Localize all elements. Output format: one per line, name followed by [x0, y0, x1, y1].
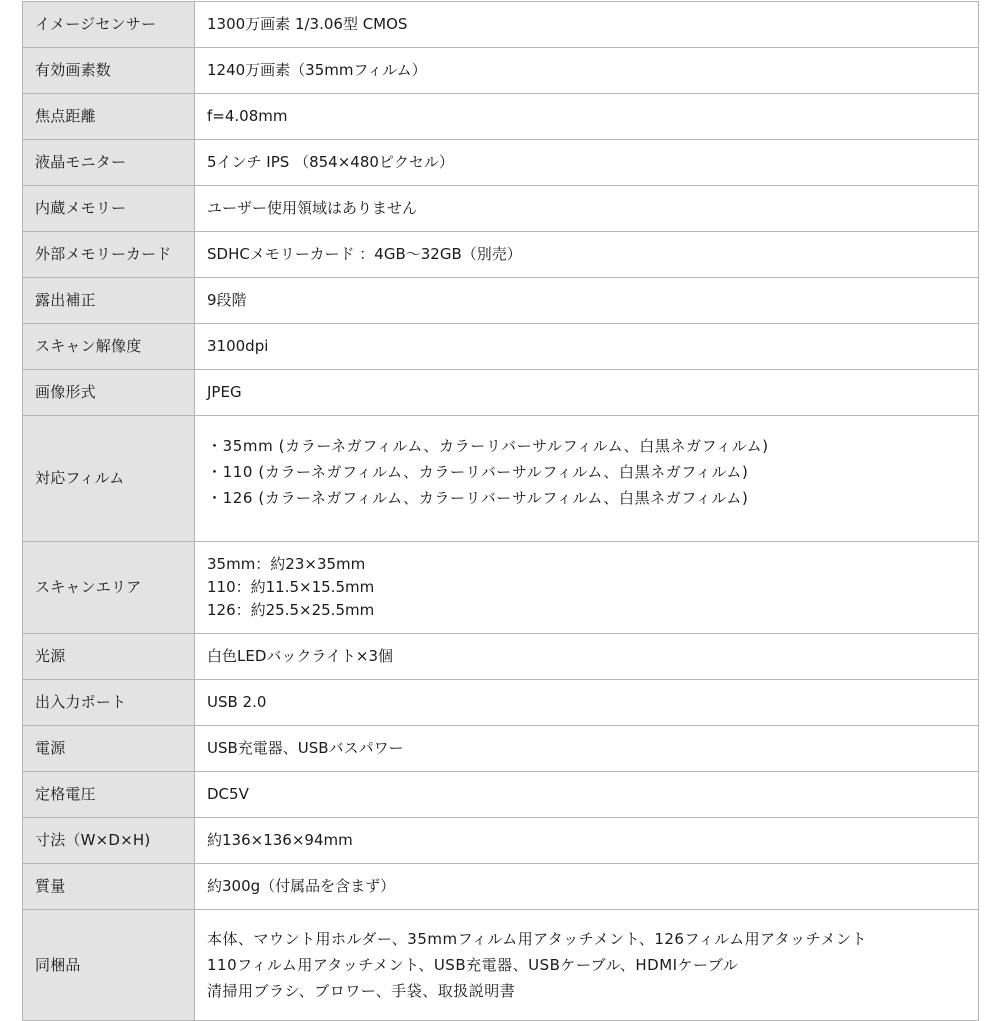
spec-value: 約136×136×94mm — [195, 818, 979, 864]
spec-label: 露出補正 — [23, 278, 195, 324]
spec-value: ・35mm (カラーネガフィルム、カラーリバーサルフィルム、白黒ネガフィルム) … — [195, 416, 979, 542]
spec-row-power-source: 電源 USB充電器、USBバスパワー — [23, 726, 979, 772]
spec-label: イメージセンサー — [23, 2, 195, 48]
spec-label: 同梱品 — [23, 910, 195, 1001]
spec-label: 内蔵メモリー — [23, 186, 195, 232]
spec-value: ユーザー使用領域はありません — [195, 186, 979, 232]
spec-label: 出入力ポート — [23, 680, 195, 726]
spec-row-image-sensor: イメージセンサー 1300万画素 1/3.06型 CMOS — [23, 2, 979, 48]
spec-value: 白色LEDバックライト×3個 — [195, 634, 979, 680]
spec-row-effective-pixels: 有効画素数 1240万画素（35mmフィルム） — [23, 48, 979, 94]
spec-row-lcd-monitor: 液晶モニター 5インチ IPS （854×480ピクセル） — [23, 140, 979, 186]
spec-value: 本体、マウント用ホルダー、35mmフィルム用アタッチメント、126フィルム用アタ… — [195, 910, 979, 1001]
spec-row-weight: 質量 約300g（付属品を含まず） — [23, 864, 979, 910]
spec-value: DC5V — [195, 772, 979, 818]
spec-row-dimensions: 寸法（W×D×H) 約136×136×94mm — [23, 818, 979, 864]
spec-table: イメージセンサー 1300万画素 1/3.06型 CMOS 有効画素数 1240… — [22, 1, 979, 1000]
spec-row-light-source: 光源 白色LEDバックライト×3個 — [23, 634, 979, 680]
spec-label: 焦点距離 — [23, 94, 195, 140]
spec-value-line: ・126 (カラーネガフィルム、カラーリバーサルフィルム、白黒ネガフィルム) — [207, 485, 966, 511]
spec-value: 1300万画素 1/3.06型 CMOS — [195, 2, 979, 48]
spec-label: 光源 — [23, 634, 195, 680]
spec-row-exposure-compensation: 露出補正 9段階 — [23, 278, 979, 324]
spec-value: USB 2.0 — [195, 680, 979, 726]
spec-label: 有効画素数 — [23, 48, 195, 94]
spec-value: SDHCメモリーカード ：4GB～32GB（別売） — [195, 232, 979, 278]
spec-label: 画像形式 — [23, 370, 195, 416]
spec-row-rated-voltage: 定格電圧 DC5V — [23, 772, 979, 818]
spec-row-external-memory-card: 外部メモリーカード SDHCメモリーカード ：4GB～32GB（別売） — [23, 232, 979, 278]
spec-value-line: 126：約25.5×25.5mm — [207, 599, 966, 622]
spec-label: スキャンエリア — [23, 542, 195, 634]
spec-value: USB充電器、USBバスパワー — [195, 726, 979, 772]
spec-value: 35mm：約23×35mm 110：約11.5×15.5mm 126：約25.5… — [195, 542, 979, 634]
spec-value: f=4.08mm — [195, 94, 979, 140]
spec-row-supported-film: 対応フィルム ・35mm (カラーネガフィルム、カラーリバーサルフィルム、白黒ネ… — [23, 416, 979, 542]
spec-row-scan-resolution: スキャン解像度 3100dpi — [23, 324, 979, 370]
spec-value: 5インチ IPS （854×480ピクセル） — [195, 140, 979, 186]
spec-value-line: 本体、マウント用ホルダー、35mmフィルム用アタッチメント、126フィルム用アタ… — [207, 926, 966, 952]
spec-label: 外部メモリーカード — [23, 232, 195, 278]
spec-row-scan-area: スキャンエリア 35mm：約23×35mm 110：約11.5×15.5mm 1… — [23, 542, 979, 634]
spec-label: 電源 — [23, 726, 195, 772]
spec-row-package-contents: 同梱品 本体、マウント用ホルダー、35mmフィルム用アタッチメント、126フィル… — [23, 910, 979, 1001]
spec-label: 対応フィルム — [23, 416, 195, 542]
spec-label: スキャン解像度 — [23, 324, 195, 370]
spec-value-line: ・35mm (カラーネガフィルム、カラーリバーサルフィルム、白黒ネガフィルム) — [207, 433, 966, 459]
spec-row-io-port: 出入力ポート USB 2.0 — [23, 680, 979, 726]
spec-value-line: 清掃用ブラシ、ブロワー、手袋、取扱説明書 — [207, 978, 966, 1000]
spec-value-line: 35mm：約23×35mm — [207, 553, 966, 576]
spec-value-line: 110フィルム用アタッチメント、USB充電器、USBケーブル、HDMIケーブル — [207, 952, 966, 978]
spec-label: 定格電圧 — [23, 772, 195, 818]
spec-row-image-format: 画像形式 JPEG — [23, 370, 979, 416]
spec-label: 質量 — [23, 864, 195, 910]
spec-value: 約300g（付属品を含まず） — [195, 864, 979, 910]
spec-row-internal-memory: 内蔵メモリー ユーザー使用領域はありません — [23, 186, 979, 232]
spec-value: 3100dpi — [195, 324, 979, 370]
spec-value: 1240万画素（35mmフィルム） — [195, 48, 979, 94]
spec-label: 液晶モニター — [23, 140, 195, 186]
spec-value-line: 110：約11.5×15.5mm — [207, 576, 966, 599]
spec-row-focal-length: 焦点距離 f=4.08mm — [23, 94, 979, 140]
spec-value: 9段階 — [195, 278, 979, 324]
spec-value-line: ・110 (カラーネガフィルム、カラーリバーサルフィルム、白黒ネガフィルム) — [207, 459, 966, 485]
spec-label: 寸法（W×D×H) — [23, 818, 195, 864]
spec-value: JPEG — [195, 370, 979, 416]
